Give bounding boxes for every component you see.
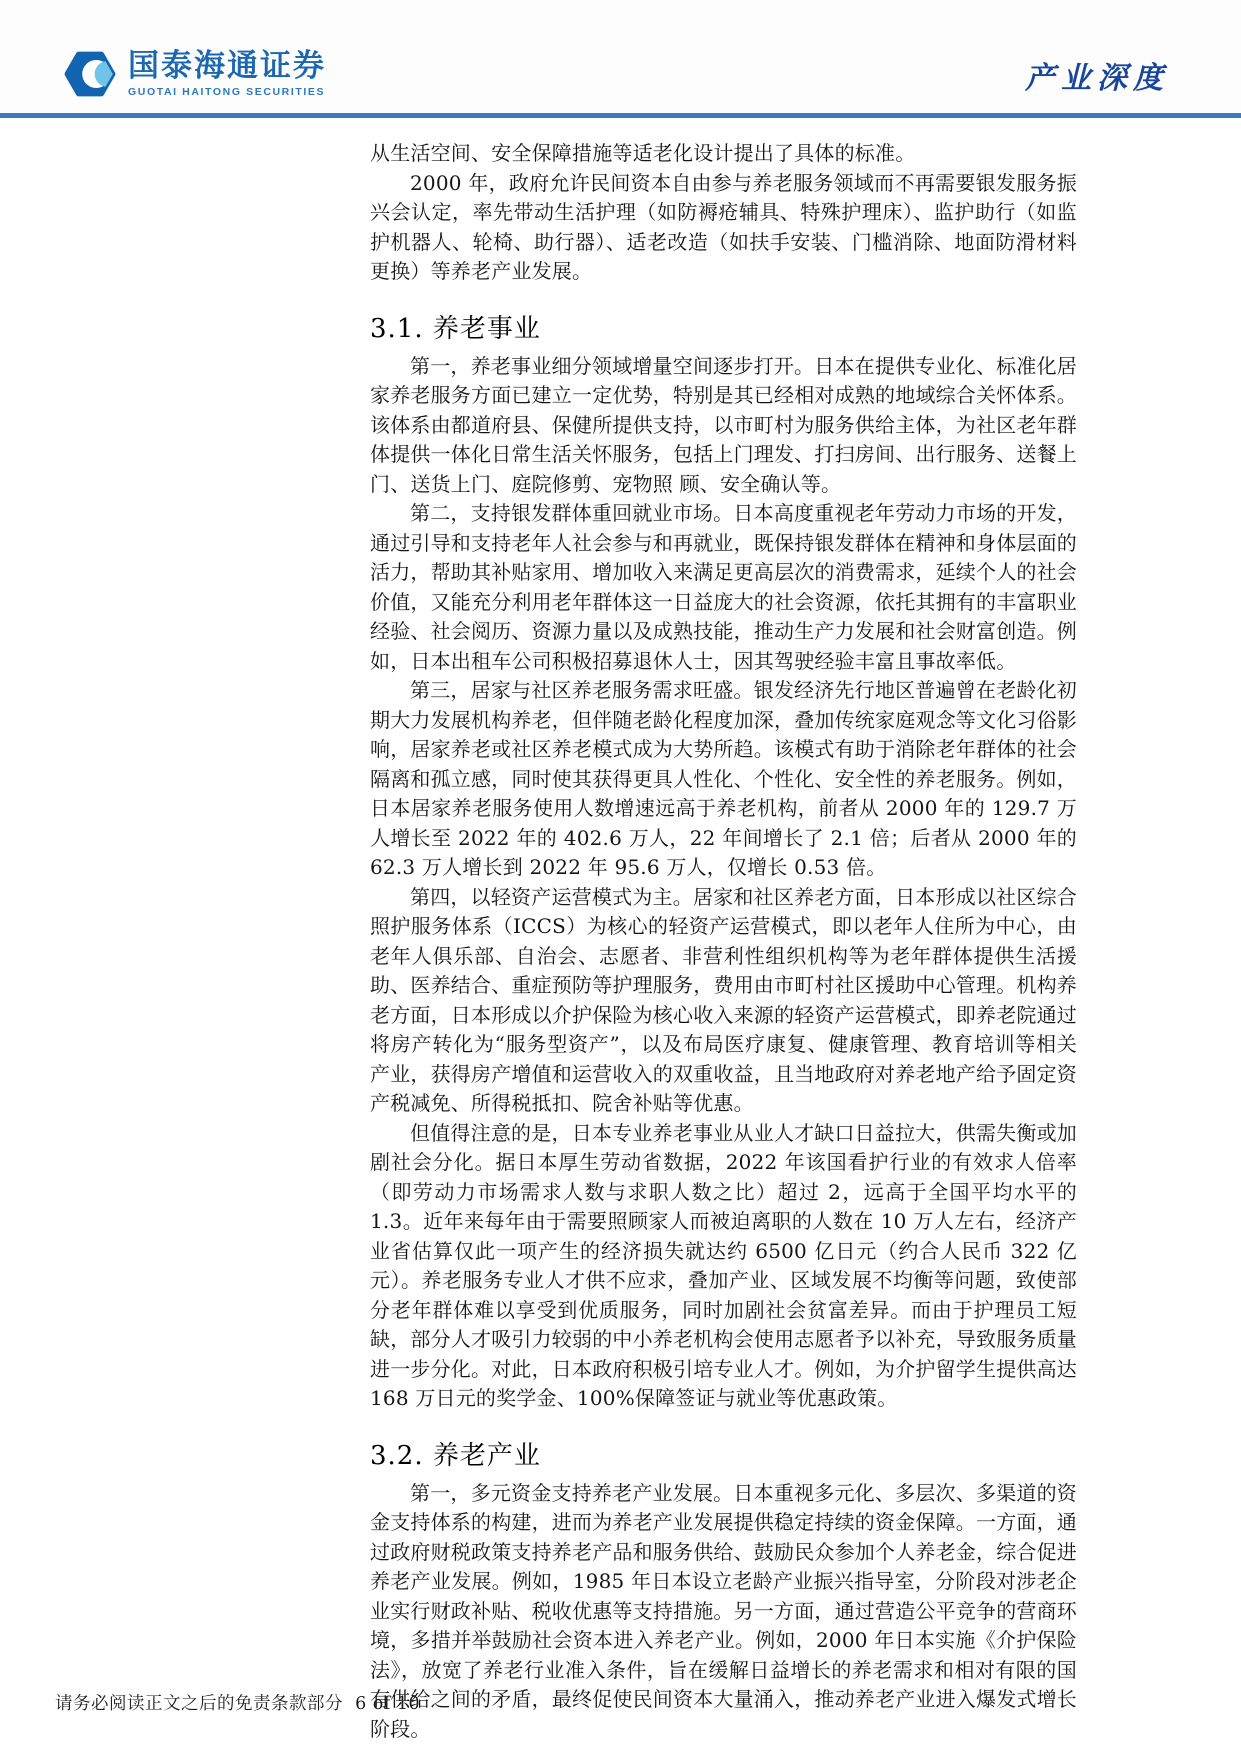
report-type-label: 产业深度 bbox=[1025, 53, 1169, 99]
body-paragraph: 第三，居家与社区养老服务需求旺盛。银发经济先行地区普遍曾在老龄化初期大力发展机构… bbox=[370, 676, 1077, 883]
hexagon-logo-icon bbox=[64, 49, 116, 99]
company-logo-text: 国泰海通证券 GUOTAI HAITONG SECURITIES bbox=[128, 50, 326, 98]
body-paragraph: 第四，以轻资产运营模式为主。居家和社区养老方面，日本形成以社区综合照护服务体系（… bbox=[370, 883, 1077, 1119]
body-paragraph: 第一，多元资金支持养老产业发展。日本重视多元化、多层次、多渠道的资金支持体系的构… bbox=[370, 1479, 1077, 1745]
body-paragraph: 2000 年，政府允许民间资本自由参与养老服务领域而不再需要银发服务振兴会认定，… bbox=[370, 169, 1077, 287]
section-heading-3-1: 3.1. 养老事业 bbox=[370, 308, 1077, 345]
company-logo: 国泰海通证券 GUOTAI HAITONG SECURITIES bbox=[64, 49, 326, 99]
body-paragraph: 第二，支持银发群体重回就业市场。日本高度重视老年劳动力市场的开发，通过引导和支持… bbox=[370, 499, 1077, 676]
disclaimer-text: 请务必阅读正文之后的免责条款部分 bbox=[55, 1694, 343, 1714]
page-number: 6 of 10 bbox=[355, 1694, 420, 1714]
page-header: 国泰海通证券 GUOTAI HAITONG SECURITIES 产业深度 bbox=[0, 0, 1241, 113]
company-name-cn: 国泰海通证券 bbox=[128, 50, 326, 83]
company-name-en: GUOTAI HAITONG SECURITIES bbox=[128, 87, 326, 98]
body-paragraph: 第一，养老事业细分领域增量空间逐步打开。日本在提供专业化、标准化居家养老服务方面… bbox=[370, 352, 1077, 500]
page-footer: 请务必阅读正文之后的免责条款部分 6 of 10 bbox=[55, 1690, 420, 1715]
section-heading-3-2: 3.2. 养老产业 bbox=[370, 1435, 1077, 1472]
body-paragraph: 但值得注意的是，日本专业养老事业从业人才缺口日益拉大，供需失衡或加剧社会分化。据… bbox=[370, 1119, 1077, 1414]
report-page: 国泰海通证券 GUOTAI HAITONG SECURITIES 产业深度 从生… bbox=[0, 0, 1241, 1755]
report-body: 从生活空间、安全保障措施等适老化设计提出了具体的标准。 2000 年，政府允许民… bbox=[370, 118, 1077, 1744]
body-paragraph: 从生活空间、安全保障措施等适老化设计提出了具体的标准。 bbox=[370, 139, 1077, 169]
